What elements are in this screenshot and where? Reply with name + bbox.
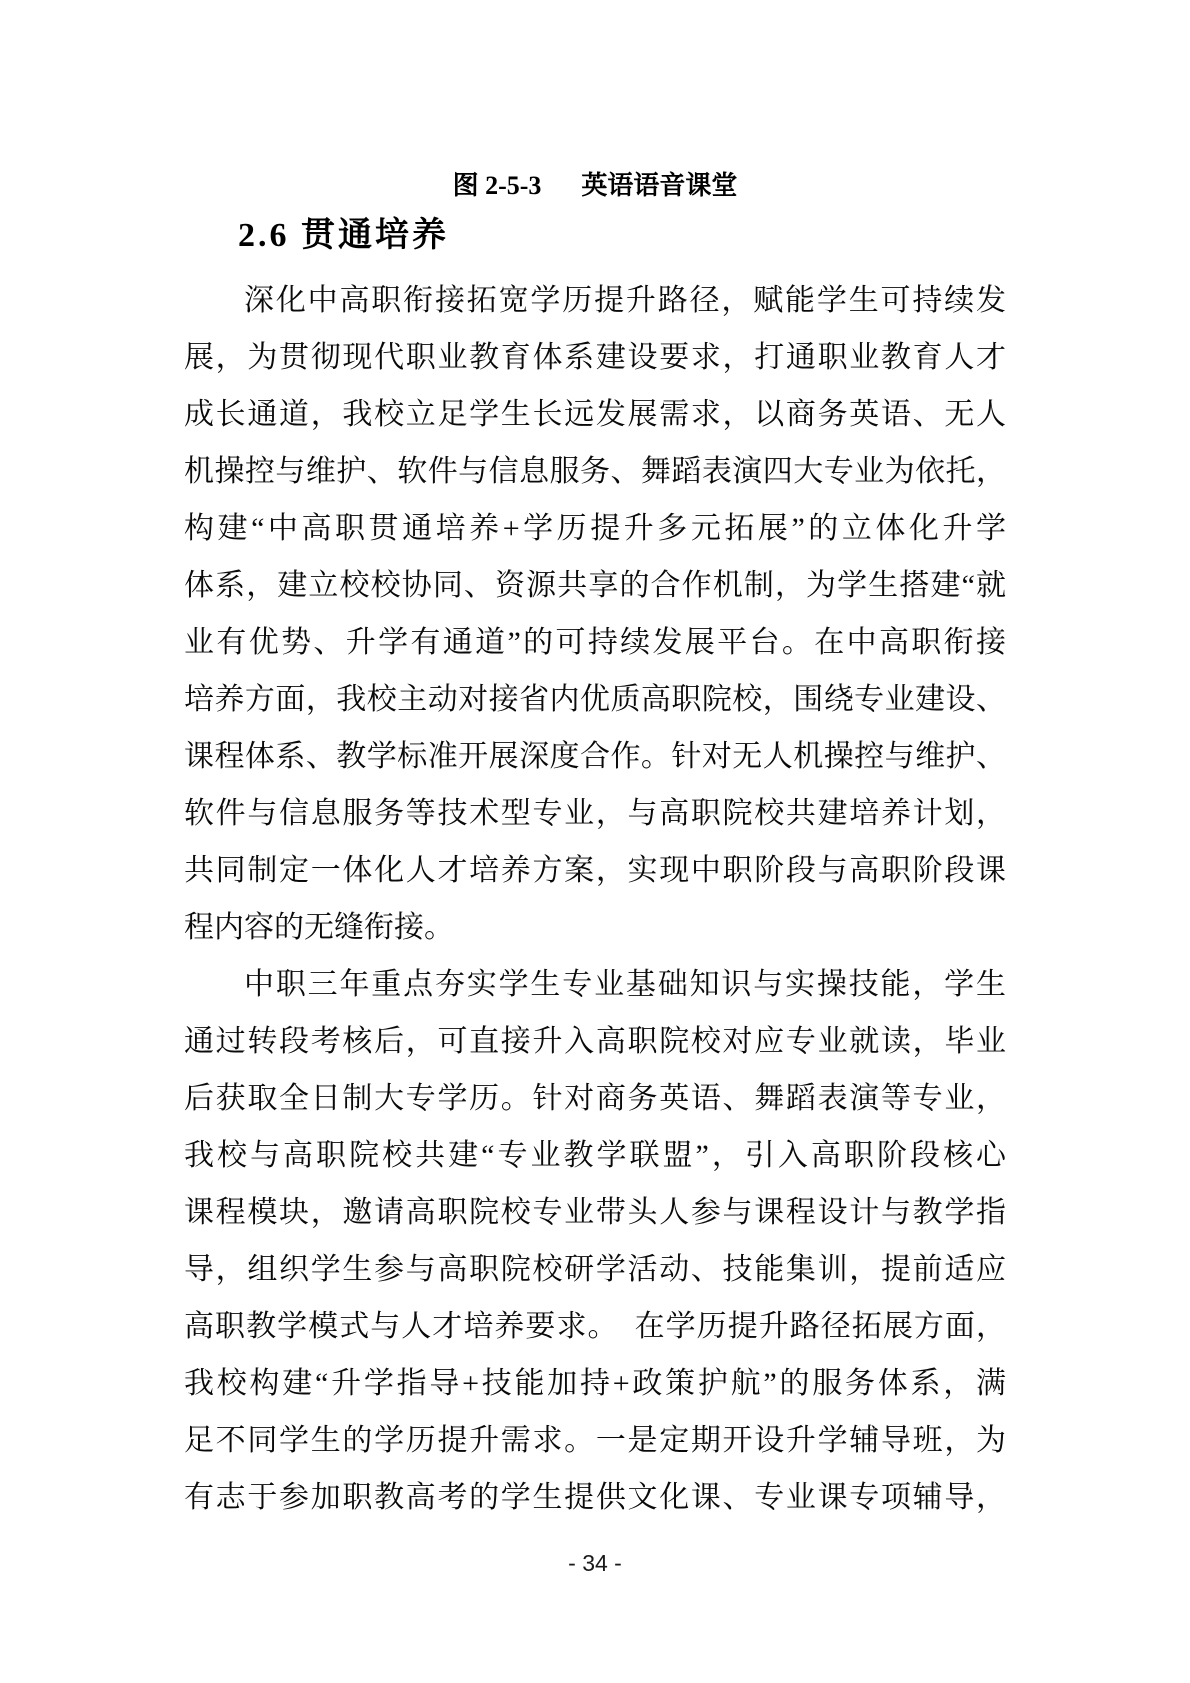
text-line: 培养方面，我校主动对接省内优质高职院校，围绕专业建设、: [184, 671, 1006, 728]
text-line: 深化中高职衔接拓宽学历提升路径，赋能学生可持续发: [184, 272, 1006, 329]
text-line: 中职三年重点夯实学生专业基础知识与实操技能，学生: [184, 956, 1006, 1013]
text-line: 足不同学生的学历提升需求。一是定期开设升学辅导班，为: [184, 1412, 1006, 1469]
figure-caption-number: 图 2-5-3: [453, 170, 542, 202]
text-line: 后获取全日制大专学历。针对商务英语、舞蹈表演等专业，: [184, 1070, 1006, 1127]
text-line: 展，为贯彻现代职业教育体系建设要求，打通职业教育人才: [184, 329, 1006, 386]
document-page: 图 2-5-3 英语语音课堂 2.6 贯通培养 深化中高职衔接拓宽学历提升路径，…: [0, 0, 1190, 1683]
figure-caption: 图 2-5-3 英语语音课堂: [0, 170, 1190, 202]
text-line: 成长通道，我校立足学生长远发展需求，以商务英语、无人: [184, 386, 1006, 443]
text-line: 有志于参加职教高考的学生提供文化课、专业课专项辅导，: [184, 1469, 1006, 1526]
text-line: 我校与高职院校共建“专业教学联盟”，引入高职阶段核心: [184, 1127, 1006, 1184]
text-line: 通过转段考核后，可直接升入高职院校对应专业就读，毕业: [184, 1013, 1006, 1070]
text-line: 课程模块，邀请高职院校专业带头人参与课程设计与教学指: [184, 1184, 1006, 1241]
text-line: 我校构建“升学指导+技能加持+政策护航”的服务体系，满: [184, 1355, 1006, 1412]
text-line: 机操控与维护、软件与信息服务、舞蹈表演四大专业为依托，: [184, 443, 1006, 500]
text-line: 构建“中高职贯通培养+学历提升多元拓展”的立体化升学: [184, 500, 1006, 557]
text-line: 软件与信息服务等技术型专业，与高职院校共建培养计划，: [184, 785, 1006, 842]
text-line: 课程体系、教学标准开展深度合作。针对无人机操控与维护、: [184, 728, 1006, 785]
text-line: 共同制定一体化人才培养方案，实现中职阶段与高职阶段课: [184, 842, 1006, 899]
text-line: 程内容的无缝衔接。: [184, 899, 1006, 956]
section-heading: 2.6 贯通培养: [238, 215, 449, 257]
text-line: 业有优势、升学有通道”的可持续发展平台。在中高职衔接: [184, 614, 1006, 671]
text-line: 高职教学模式与人才培养要求。 在学历提升路径拓展方面，: [184, 1298, 1006, 1355]
page-number: - 34 -: [0, 1549, 1190, 1577]
body-text: 深化中高职衔接拓宽学历提升路径，赋能学生可持续发展，为贯彻现代职业教育体系建设要…: [184, 272, 1006, 1526]
figure-caption-title: 英语语音课堂: [581, 170, 737, 202]
text-line: 体系，建立校校协同、资源共享的合作机制，为学生搭建“就: [184, 557, 1006, 614]
text-line: 导，组织学生参与高职院校研学活动、技能集训，提前适应: [184, 1241, 1006, 1298]
